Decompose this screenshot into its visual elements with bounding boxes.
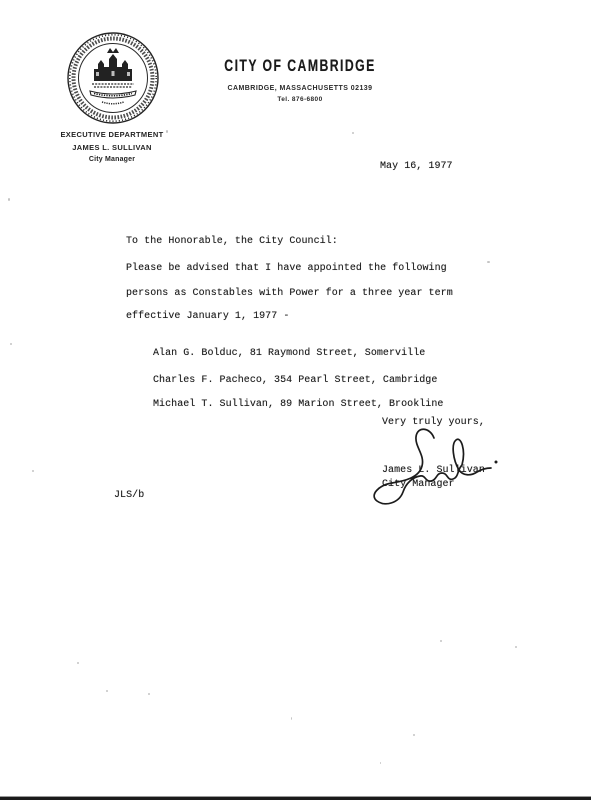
body-line: Please be advised that I have appointed … [126,263,447,275]
letterhead-title: CITY OF CAMBRIDGE [214,56,387,76]
body-line: effective January 1, 1977 - [126,311,289,323]
scan-speck [515,646,517,648]
letterhead-phone: Tel. 876-6800 [180,96,420,103]
scanned-letter-page: { "letterhead": { "title": "CITY OF CAMB… [0,0,591,800]
scan-speck [487,261,490,263]
scan-speck [148,693,150,695]
signer-name: James L. Sullivan [382,465,485,477]
scan-speck [440,640,442,642]
letterhead-address: CAMBRIDGE, MASSACHUSETTS 02139 [180,85,420,92]
scan-speck [8,198,10,201]
appointee-line: Michael T. Sullivan, 89 Marion Street, B… [153,399,443,411]
scan-speck [380,762,381,764]
body-line: persons as Constables with Power for a t… [126,288,453,300]
letter-date: May 16, 1977 [380,161,453,173]
city-seal-icon [66,31,160,125]
scan-speck [166,130,168,133]
salutation: To the Honorable, the City Council: [126,236,338,248]
closing-line: Very truly yours, [382,417,485,429]
scan-speck [413,734,415,736]
scan-speck [10,343,12,345]
department-name: EXECUTIVE DEPARTMENT [37,130,187,139]
signer-title: City Manager [382,479,455,491]
typist-reference: JLS/b [114,490,144,502]
appointee-line: Alan G. Bolduc, 81 Raymond Street, Somer… [153,348,425,360]
scan-speck [291,717,292,720]
scan-speck [77,662,79,664]
appointee-line: Charles F. Pacheco, 354 Pearl Street, Ca… [153,375,437,387]
scan-speck [352,132,354,134]
department-manager-name: JAMES L. SULLIVAN [37,143,187,152]
department-manager-title: City Manager [37,156,187,163]
scan-speck [32,470,34,472]
scan-speck [106,690,108,692]
